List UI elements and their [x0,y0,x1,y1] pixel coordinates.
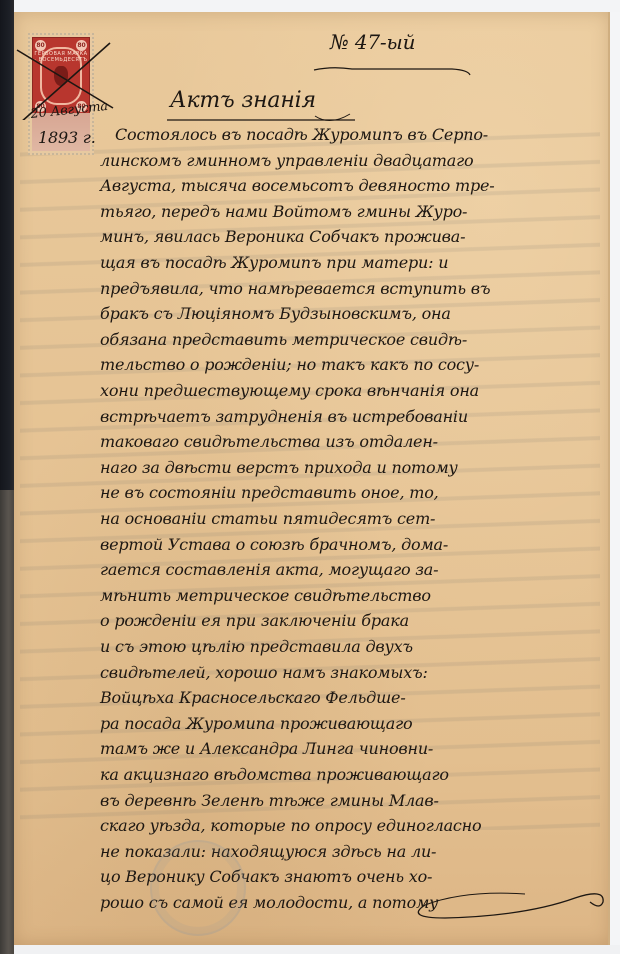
closing-flourish [405,880,610,920]
body-line: наго за двѣсти верстъ прихода и потому [100,457,458,479]
body-line: бракъ съ Люціяномъ Будзыновскимъ, она [100,303,451,325]
body-line: свидѣтелей, хорошо намъ знакомыхъ: [100,662,428,684]
body-line: линскомъ гминномъ управленіи двадцатаго [100,150,473,172]
body-line: не въ состояніи представить оное, то, [100,482,439,504]
body-line: Августа, тысяча восемьсотъ девяносто тре… [100,175,494,197]
body-line: ра посада Журомипа проживающаго [100,713,412,735]
body-line: въ деревнѣ Зеленѣ тѣже гмины Млав- [100,790,439,812]
body-line: о рожденіи ея при заключеніи брака [100,610,409,632]
document-body: Состоялось въ посадѣ Журомипъ въ Серпо-л… [0,0,620,954]
body-line: таковаго свидѣтельства изъ отдален- [100,431,438,453]
body-line: гается составленія акта, могущаго за- [100,559,438,581]
body-line: тьяго, передъ нами Войтомъ гмины Журо- [100,201,467,223]
body-line: тельство о рожденіи; но такъ какъ по сос… [100,354,479,376]
body-line: обязана представить метрическое свидѣ- [100,329,467,351]
body-line: вертой Устава о союзѣ брачномъ, дома- [100,534,448,556]
body-line: на основаніи статьи пятидесятъ сет- [100,508,435,530]
body-line: не показали: находящуюся здѣсь на ли- [100,841,436,863]
body-line: ка акцизнаго вѣдомства проживающаго [100,764,449,786]
body-line: минъ, явилась Вероника Собчакъ прожива- [100,226,465,248]
body-line: скаго уѣзда, которые по опросу единоглас… [100,815,481,837]
body-line: предъявила, что намѣревается вступить въ [100,278,490,300]
body-line: мѣнить метрическое свидѣтельство [100,585,431,607]
body-line: Состоялось въ посадѣ Журомипъ въ Серпо- [115,124,488,146]
body-line: встрѣчаетъ затрудненія въ истребованіи [100,406,468,428]
body-line: и съ этою цѣлію представила двухъ [100,636,413,658]
body-line: щая въ посадѣ Журомипъ при матери: и [100,252,448,274]
body-line: тамъ же и Александра Линга чиновни- [100,738,433,760]
body-line: хони предшествующему срока вѣнчанія она [100,380,479,402]
faint-circular-seal [150,840,246,936]
body-line: Войцѣха Красносельскаго Фельдше- [100,687,406,709]
